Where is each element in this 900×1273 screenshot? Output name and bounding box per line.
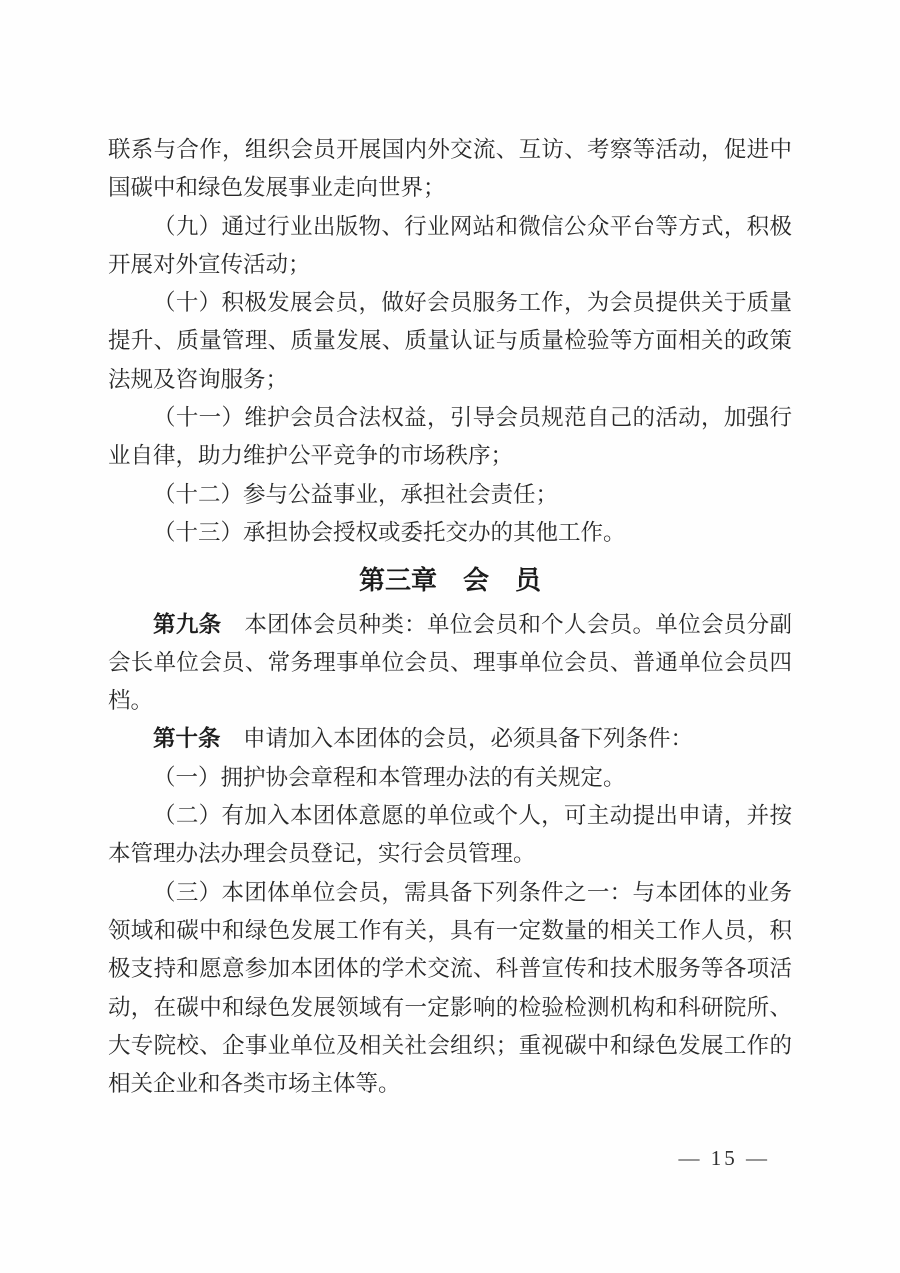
article-number-label: 第九条 [153,612,222,637]
chapter-heading: 第三章 会 员 [108,562,792,600]
text-line: （二）有加入本团体意愿的单位或个人，可主动提出申请，并按 [108,797,792,835]
text-line: 相关企业和各类市场主体等。 [108,1065,792,1103]
text-line: 提升、质量管理、质量发展、质量认证与质量检验等方面相关的政策 [108,322,792,360]
text-line: 档。 [108,682,792,720]
text-line: （十）积极发展会员，做好会员服务工作，为会员提供关于质量 [108,284,792,322]
page-number: — 15 — [679,1146,771,1171]
text-line: 开展对外宣传活动； [108,246,792,284]
text-line: 法规及咨询服务； [108,361,792,399]
text-line: （十一）维护会员合法权益，引导会员规范自己的活动，加强行 [108,399,792,437]
document-content: 联系与合作，组织会员开展国内外交流、互访、考察等活动，促进中国碳中和绿色发展事业… [108,131,792,1103]
text-line: （十三）承担协会授权或委托交办的其他工作。 [108,514,792,552]
text-line: （三）本团体单位会员，需具备下列条件之一：与本团体的业务 [108,874,792,912]
document-page: 联系与合作，组织会员开展国内外交流、互访、考察等活动，促进中国碳中和绿色发展事业… [0,0,900,1273]
article-number-label: 第十条 [153,726,221,751]
text-line: （九）通过行业出版物、行业网站和微信公众平台等方式，积极 [108,208,792,246]
text-line: 第十条 申请加入本团体的会员，必须具备下列条件： [108,720,792,758]
text-line: 领域和碳中和绿色发展工作有关，具有一定数量的相关工作人员，积 [108,912,792,950]
text-line: 本管理办法办理会员登记，实行会员管理。 [108,835,792,873]
text-line: 极支持和愿意参加本团体的学术交流、科普宣传和技术服务等各项活 [108,950,792,988]
text-line: 业自律，助力维护公平竞争的市场秩序； [108,437,792,475]
text-line: 国碳中和绿色发展事业走向世界； [108,169,792,207]
text-line: 第九条 本团体会员种类：单位会员和个人会员。单位会员分副 [108,606,792,644]
text-line: 动，在碳中和绿色发展领域有一定影响的检验检测机构和科研院所、 [108,989,792,1027]
text-line: 会长单位会员、常务理事单位会员、理事单位会员、普通单位会员四 [108,644,792,682]
text-line: 大专院校、企事业单位及相关社会组织；重视碳中和绿色发展工作的 [108,1027,792,1065]
text-line: 联系与合作，组织会员开展国内外交流、互访、考察等活动，促进中 [108,131,792,169]
text-line: （十二）参与公益事业，承担社会责任； [108,476,792,514]
text-line: （一）拥护协会章程和本管理办法的有关规定。 [108,759,792,797]
